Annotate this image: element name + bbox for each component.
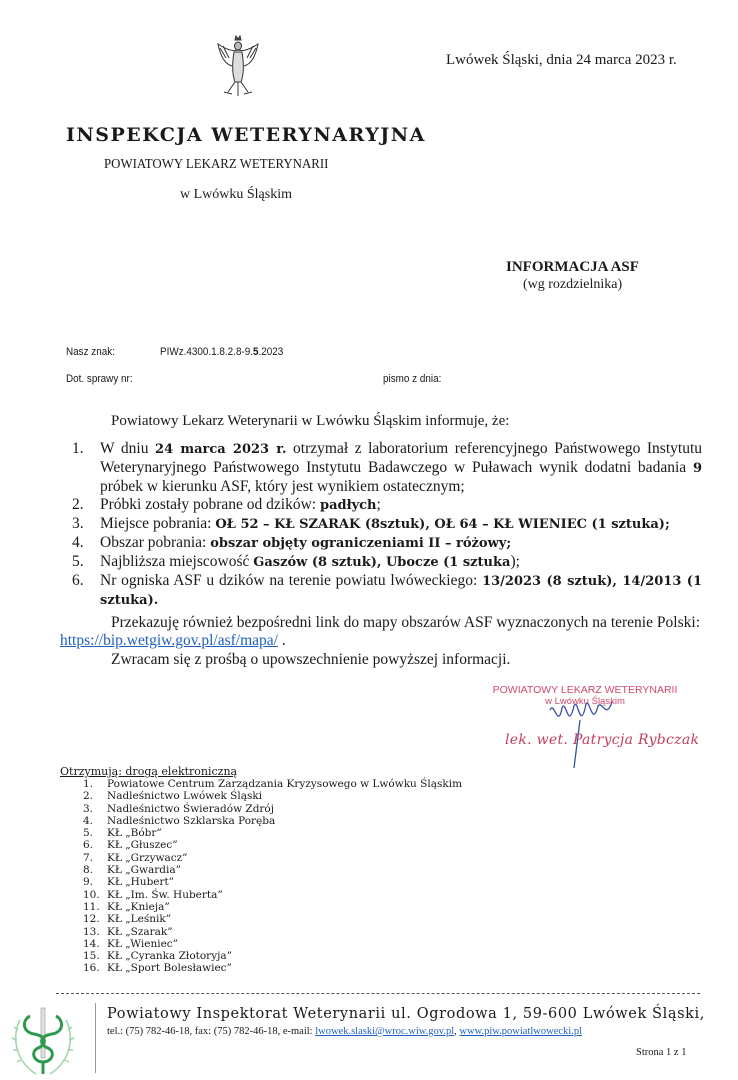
recipient-number: 4.	[83, 815, 107, 827]
case-number-label: Dot. sprawy nr:	[66, 373, 133, 385]
text-segment: próbek w kierunku ASF, który jest wyniki…	[100, 478, 465, 495]
recipient-number: 9.	[83, 876, 107, 888]
list-item-number: 5.	[72, 553, 100, 572]
closing-text: Zwracam się z prośbą o upowszechnienie p…	[111, 651, 510, 669]
list-item-number: 2.	[72, 496, 100, 515]
text-segment: );	[510, 553, 519, 570]
list-item-text: Nr ogniska ASF u dzików na terenie powia…	[100, 572, 702, 610]
recipients-list: 1.Powiatowe Centrum Zarządzania Kryzysow…	[83, 778, 462, 975]
recipient-name: Nadleśnictwo Lwówek Śląski	[107, 790, 262, 802]
recipient-name: KŁ „Sport Bolesławiec”	[107, 962, 232, 974]
list-item-text: Obszar pobrania: obszar objęty ogranicze…	[100, 534, 702, 553]
signer-name: lek. wet. Patrycja Rybczak	[505, 732, 699, 748]
list-item: 1.W dniu 24 marca 2023 r. otrzymał z lab…	[72, 440, 702, 496]
list-item-text: W dniu 24 marca 2023 r. otrzymał z labor…	[100, 440, 702, 496]
recipient-item: 2.Nadleśnictwo Lwówek Śląski	[83, 790, 462, 802]
information-list: 1.W dniu 24 marca 2023 r. otrzymał z lab…	[72, 440, 702, 610]
list-item-number: 6.	[72, 572, 100, 610]
recipient-name: Powiatowe Centrum Zarządzania Kryzysoweg…	[107, 778, 462, 790]
link-paragraph-text: Przekazuję również bezpośredni link do m…	[111, 614, 700, 631]
recipient-item: 4.Nadleśnictwo Szklarska Poręba	[83, 815, 462, 827]
recipient-name: Nadleśnictwo Szklarska Poręba	[107, 815, 275, 827]
recipient-number: 11.	[83, 901, 107, 913]
footer-website-link[interactable]: www.piw.powiatlwowecki.pl	[459, 1026, 582, 1037]
recipient-number: 16.	[83, 962, 107, 974]
recipient-number: 15.	[83, 950, 107, 962]
intro-text: Powiatowy Lekarz Weterynarii w Lwówku Śl…	[111, 413, 509, 430]
recipient-name: KŁ „Głuszec”	[107, 839, 178, 851]
recipient-item: 7.KŁ „Grzywacz”	[83, 852, 462, 864]
recipient-item: 6.KŁ „Głuszec”	[83, 839, 462, 851]
our-sign-prefix: PIWz.4300.1.8.2.8-9.	[160, 346, 253, 358]
our-sign-value: PIWz.4300.1.8.2.8-9.5.2023	[160, 346, 283, 358]
recipient-item: 14.KŁ „Wieniec”	[83, 938, 462, 950]
asf-map-link[interactable]: https://bip.wetgiw.gov.pl/asf/mapa/	[60, 632, 278, 649]
organization-title: INSPEKCJA WETERYNARYJNA	[66, 124, 426, 146]
recipient-item: 1.Powiatowe Centrum Zarządzania Kryzysow…	[83, 778, 462, 790]
recipient-item: 3.Nadleśnictwo Świeradów Zdrój	[83, 803, 462, 815]
list-item-text: Najbliższa miejscowość Gaszów (8 sztuk),…	[100, 553, 702, 572]
recipient-number: 10.	[83, 889, 107, 901]
recipient-name: KŁ „Knieja”	[107, 901, 170, 913]
recipient-number: 14.	[83, 938, 107, 950]
page-number: Strona 1 z 1	[636, 1047, 686, 1058]
recipient-item: 16.KŁ „Sport Bolesławiec”	[83, 962, 462, 974]
link-paragraph-suffix: .	[278, 632, 286, 649]
recipient-number: 2.	[83, 790, 107, 802]
recipient-item: 15.KŁ „Cyranka Złotoryja”	[83, 950, 462, 962]
recipient-item: 10.KŁ „Im. Św. Huberta”	[83, 889, 462, 901]
recipient-name: KŁ „Bóbr”	[107, 827, 162, 839]
text-segment: W dniu	[100, 440, 155, 457]
footer-phone-fax: tel.: (75) 782-46-18, fax: (75) 782-46-1…	[107, 1026, 315, 1037]
recipient-number: 1.	[83, 778, 107, 790]
letter-date-label: pismo z dnia:	[383, 373, 441, 385]
list-item-text: Próbki zostały pobrane od dzików: padłyc…	[100, 496, 702, 515]
recipient-item: 11.KŁ „Knieja”	[83, 901, 462, 913]
emphasized-text: OŁ 52 – KŁ SZARAK (8sztuk), OŁ 64 – KŁ W…	[215, 517, 669, 532]
footer-contact: tel.: (75) 782-46-18, fax: (75) 782-46-1…	[107, 1026, 582, 1037]
document-title: INFORMACJA ASF	[506, 259, 639, 276]
organization-location: w Lwówku Śląskim	[180, 187, 292, 203]
recipient-number: 3.	[83, 803, 107, 815]
recipient-number: 12.	[83, 913, 107, 925]
emphasized-text: obszar objęty ograniczeniami II – różowy…	[210, 536, 511, 551]
text-segment: Obszar pobrania:	[100, 534, 210, 551]
recipient-number: 6.	[83, 839, 107, 851]
footer-divider	[56, 993, 700, 994]
list-item: 6.Nr ogniska ASF u dzików na terenie pow…	[72, 572, 702, 610]
recipient-name: KŁ „Hubert”	[107, 876, 174, 888]
recipient-name: KŁ „Wieniec”	[107, 938, 178, 950]
recipient-name: KŁ „Gwardia”	[107, 864, 181, 876]
list-item: 3.Miejsce pobrania: OŁ 52 – KŁ SZARAK (8…	[72, 515, 702, 534]
recipients-heading: Otrzymują: drogą elektroniczną	[60, 765, 237, 778]
veterinary-caduceus-icon	[8, 1000, 78, 1080]
recipient-item: 12.KŁ „Leśnik”	[83, 913, 462, 925]
list-item-text: Miejsce pobrania: OŁ 52 – KŁ SZARAK (8sz…	[100, 515, 702, 534]
recipient-item: 5.KŁ „Bóbr”	[83, 827, 462, 839]
our-sign-label: Nasz znak:	[66, 346, 115, 358]
text-segment: Najbliższa miejscowość	[100, 553, 253, 570]
organization-subtitle: POWIATOWY LEKARZ WETERYNARII	[104, 157, 328, 173]
recipient-name: KŁ „Cyranka Złotoryja”	[107, 950, 232, 962]
recipient-number: 8.	[83, 864, 107, 876]
recipient-item: 8.KŁ „Gwardia”	[83, 864, 462, 876]
text-segment: Próbki zostały pobrane od dzików:	[100, 496, 320, 513]
footer-email-link[interactable]: lwowek.slaski@wroc.wiw.gov.pl	[315, 1026, 454, 1037]
footer-vertical-divider	[95, 1003, 96, 1073]
text-segment: Miejsce pobrania:	[100, 515, 215, 532]
document-date: Lwówek Śląski, dnia 24 marca 2023 r.	[446, 52, 677, 69]
emphasized-text: 24 marca 2023 r.	[155, 442, 286, 457]
link-paragraph: Przekazuję również bezpośredni link do m…	[60, 614, 700, 650]
list-item: 4.Obszar pobrania: obszar objęty ogranic…	[72, 534, 702, 553]
polish-eagle-icon	[212, 34, 264, 106]
recipient-item: 13.KŁ „Szarak”	[83, 926, 462, 938]
document-subtitle: (wg rozdzielnika)	[523, 277, 622, 293]
recipient-name: KŁ „Grzywacz”	[107, 852, 188, 864]
text-segment: ;	[377, 496, 381, 513]
our-sign-suffix: .2023	[259, 346, 284, 358]
list-item-number: 3.	[72, 515, 100, 534]
text-segment: Nr ogniska ASF u dzików na terenie powia…	[100, 572, 482, 589]
recipient-number: 5.	[83, 827, 107, 839]
emphasized-text: padłych	[320, 498, 377, 513]
recipient-name: Nadleśnictwo Świeradów Zdrój	[107, 803, 274, 815]
emphasized-text: 9	[693, 461, 702, 476]
recipient-name: KŁ „Leśnik”	[107, 913, 171, 925]
list-item: 2.Próbki zostały pobrane od dzików: padł…	[72, 496, 702, 515]
emphasized-text: Gaszów (8 sztuk), Ubocze (1 sztuka	[253, 555, 510, 570]
list-item-number: 4.	[72, 534, 100, 553]
list-item-number: 1.	[72, 440, 100, 496]
list-item: 5.Najbliższa miejscowość Gaszów (8 sztuk…	[72, 553, 702, 572]
recipient-number: 7.	[83, 852, 107, 864]
handwritten-signature-icon	[540, 690, 630, 770]
recipient-number: 13.	[83, 926, 107, 938]
footer-address: Powiatowy Inspektorat Weterynarii ul. Og…	[107, 1006, 705, 1022]
recipient-name: KŁ „Szarak”	[107, 926, 173, 938]
recipient-item: 9.KŁ „Hubert”	[83, 876, 462, 888]
recipient-name: KŁ „Im. Św. Huberta”	[107, 889, 223, 901]
